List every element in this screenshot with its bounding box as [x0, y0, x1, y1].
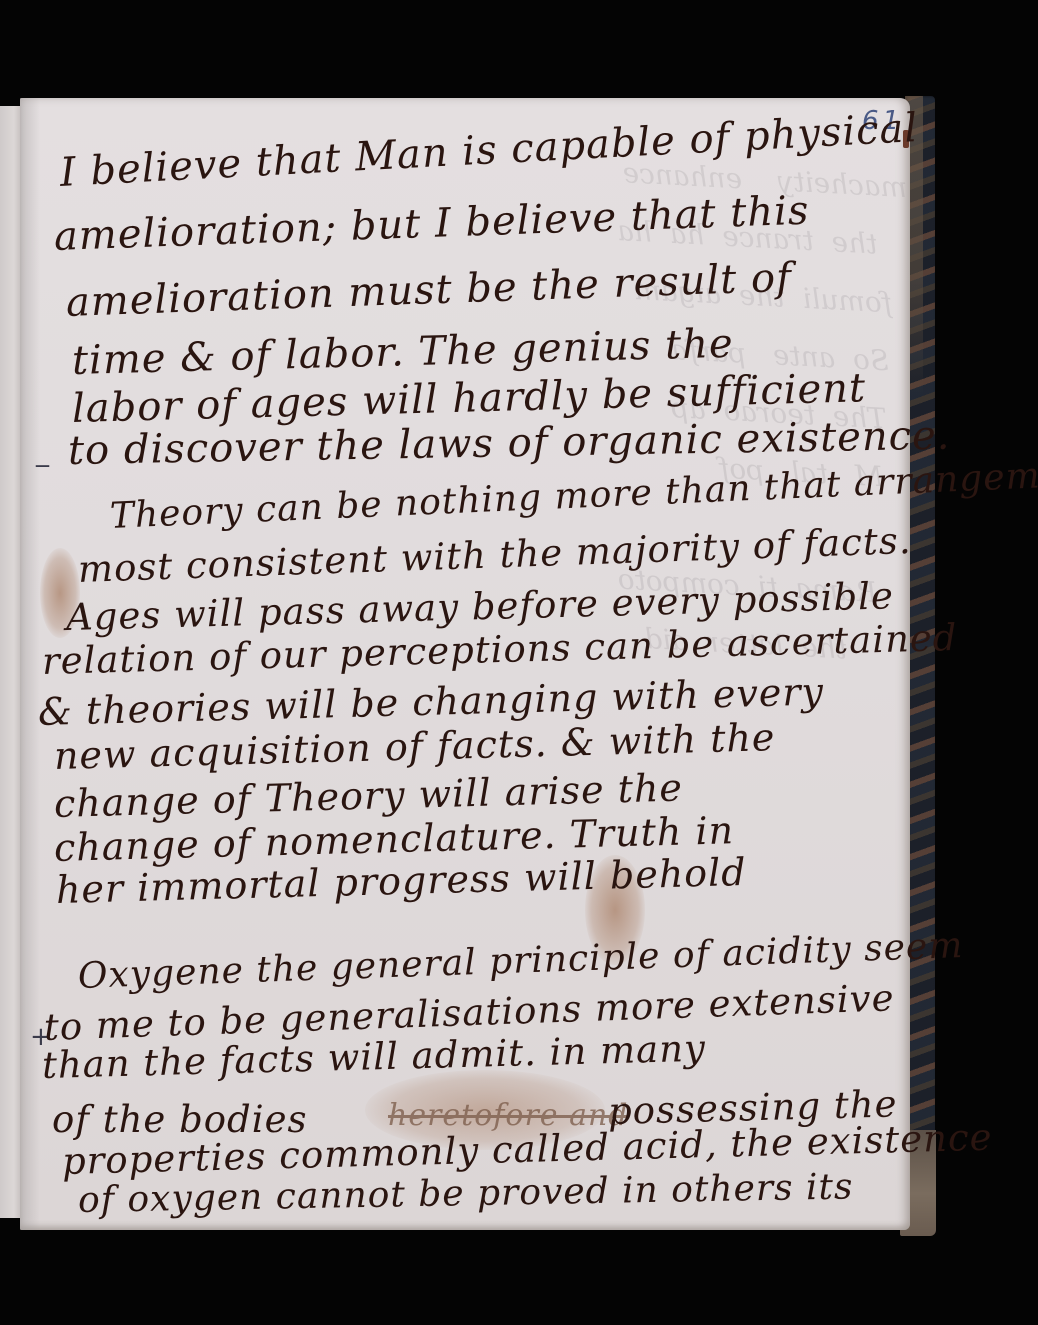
gutter-shadow — [20, 98, 40, 1230]
facing-page-edge — [0, 106, 20, 1218]
margin-dash: _ — [36, 438, 49, 468]
